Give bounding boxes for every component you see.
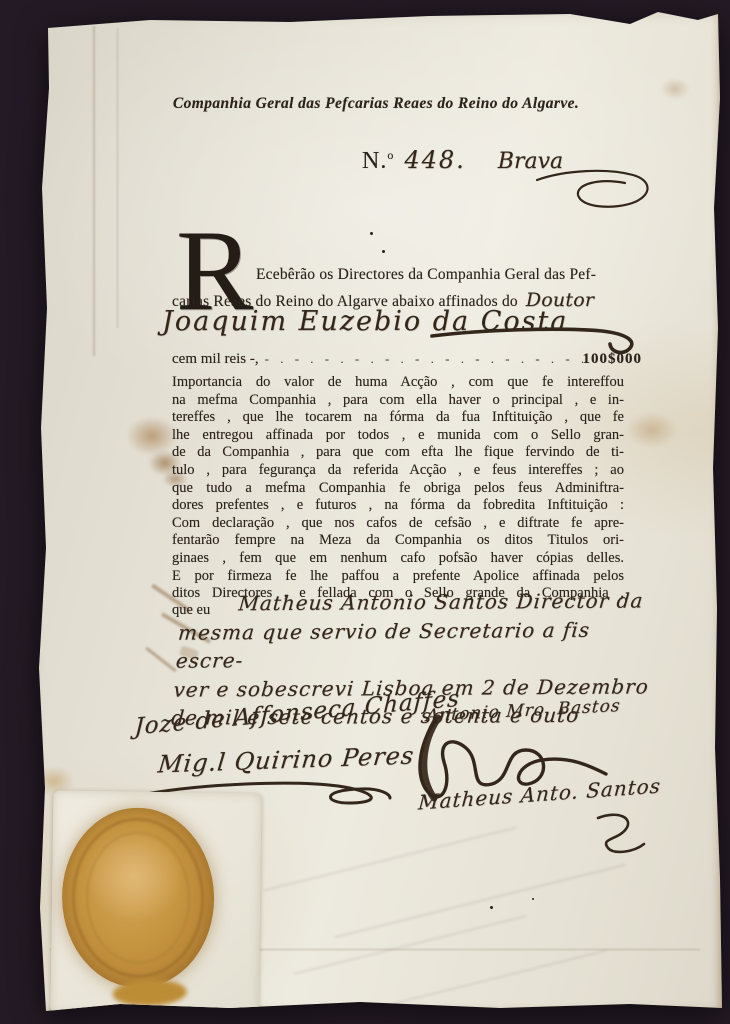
seal-paper-patch [50, 791, 261, 1016]
paper-crease [116, 28, 119, 328]
photo-background: Companhia Geral das Pefcarias Reaes do R… [0, 0, 730, 1024]
amount-in-figures: 100$000 [583, 351, 643, 368]
body-line: Importancia do valor de huma Acção , com… [172, 374, 624, 392]
body-line: na mefma Companhia , para com ella haver… [172, 392, 624, 410]
ink-dot [532, 898, 534, 900]
show-through-mark [264, 827, 517, 892]
amount-row: cem mil reis -, - . - . - . - . - . - . … [172, 351, 642, 368]
body-line: tulo , para fegurança da referida Acção … [172, 462, 624, 480]
body-line: tereffes , que lhe tocarem na fórma da f… [172, 409, 624, 427]
body-line: fentarão fempre na Meza da Companhia os … [172, 532, 624, 550]
body-line: dores prefentes , e futuros , na fórma d… [172, 497, 624, 515]
secretary-signature-flourish [586, 808, 658, 858]
holder-name-handwritten: Joaquim Euzebio da Costa [162, 306, 568, 337]
secretary-note-line: mesma que servio de Secretario a fis esc… [175, 615, 660, 675]
ink-dot [382, 250, 385, 253]
wax-seal [60, 806, 216, 989]
ink-dot [370, 232, 373, 235]
certificate-paper: Companhia Geral das Pefcarias Reaes do R… [30, 8, 722, 1014]
opening-line-1: Ecebêrão os Directores da Companhia Gera… [256, 266, 596, 284]
body-line: que tudo a mefma Companhia fe obriga pel… [172, 480, 624, 498]
show-through-mark [293, 915, 526, 975]
secretary-note-line: Matheus Antonio Santos Director da [237, 586, 662, 617]
body-paragraph: Importancia do valor de huma Acção , com… [172, 374, 624, 603]
ink-smear [145, 647, 177, 673]
ink-stain [126, 416, 178, 456]
ink-dot [490, 906, 493, 909]
paper-crease [92, 26, 96, 356]
certificate-paper-wrap: Companhia Geral das Pefcarias Reaes do R… [0, 0, 730, 1024]
body-line: E por firmeza fe lhe paffou a prefente A… [172, 568, 624, 586]
body-line: ginaes , fem que em nenhum cafo pofsão h… [172, 550, 624, 568]
body-line: Com declaração , que nos cafos de cefsão… [172, 515, 624, 533]
signature-secretary: Matheus Anto. Santos [417, 773, 661, 814]
body-line: lhe entregou affinada por todos , e muni… [172, 427, 624, 445]
show-through-mark [334, 864, 626, 939]
number-label: N.o [362, 148, 394, 175]
company-title: Companhia Geral das Pefcarias Reaes do R… [30, 95, 722, 113]
ink-stain [626, 412, 678, 448]
certificate-number-row: N.o 448. Brava [362, 146, 563, 175]
ship-name-annotation: Brava [498, 149, 563, 174]
certificate-number: 448. [404, 146, 465, 174]
body-line: de da Companhia , para que com efta lhe … [172, 444, 624, 462]
amount-in-words: cem mil reis -, [172, 351, 259, 368]
signature-director-left-2: Mig.l Quirino Peres [157, 741, 416, 778]
show-through-mark [393, 949, 607, 1004]
amount-leader-dots: - . - . - . - . - . - . - . - . - . - . … [259, 351, 583, 367]
